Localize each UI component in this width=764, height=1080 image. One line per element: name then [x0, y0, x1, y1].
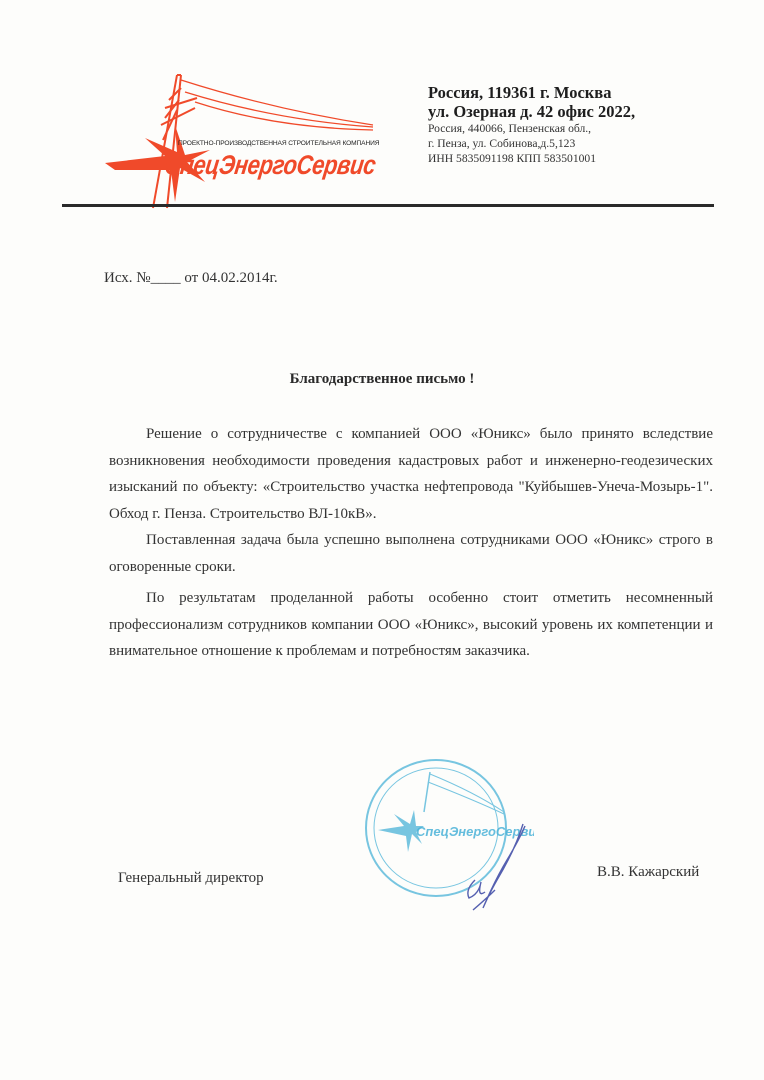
signatory-name: В.В. Кажарский [597, 864, 699, 881]
handwritten-signature-icon [455, 820, 535, 920]
address-main-line2: ул. Озерная д. 42 офис 2022, [428, 102, 635, 121]
header-divider [62, 204, 714, 207]
address-main-line1: Россия, 119361 г. Москва [428, 83, 635, 102]
address-branch-line2: г. Пенза, ул. Собинова,д.5,123 [428, 136, 635, 151]
paragraph: По результатам проделанной работы особен… [109, 585, 713, 665]
tax-ids: ИНН 5835091198 КПП 583501001 [428, 151, 635, 166]
letter-body: Решение о сотрудничестве с компанией ООО… [109, 421, 713, 665]
paragraph: Решение о сотрудничестве с компанией ООО… [109, 421, 713, 527]
address-branch-line1: Россия, 440066, Пензенская обл., [428, 121, 635, 136]
paragraph: Поставленная задача была успешно выполне… [109, 527, 713, 580]
company-tagline: ПРОЕКТНО-ПРОИЗВОДСТВЕННАЯ СТРОИТЕЛЬНАЯ К… [178, 140, 379, 147]
company-logo: ПРОЕКТНО-ПРОИЗВОДСТВЕННАЯ СТРОИТЕЛЬНАЯ К… [105, 70, 395, 215]
company-name: СпецЭнергоСервис [163, 150, 378, 181]
outgoing-reference: Исх. №____ от 04.02.2014г. [104, 270, 278, 287]
company-address: Россия, 119361 г. Москва ул. Озерная д. … [428, 83, 635, 166]
letter-title: Благодарственное письмо ! [0, 371, 764, 388]
director-signature [455, 820, 535, 920]
signatory-role: Генеральный директор [118, 870, 264, 887]
